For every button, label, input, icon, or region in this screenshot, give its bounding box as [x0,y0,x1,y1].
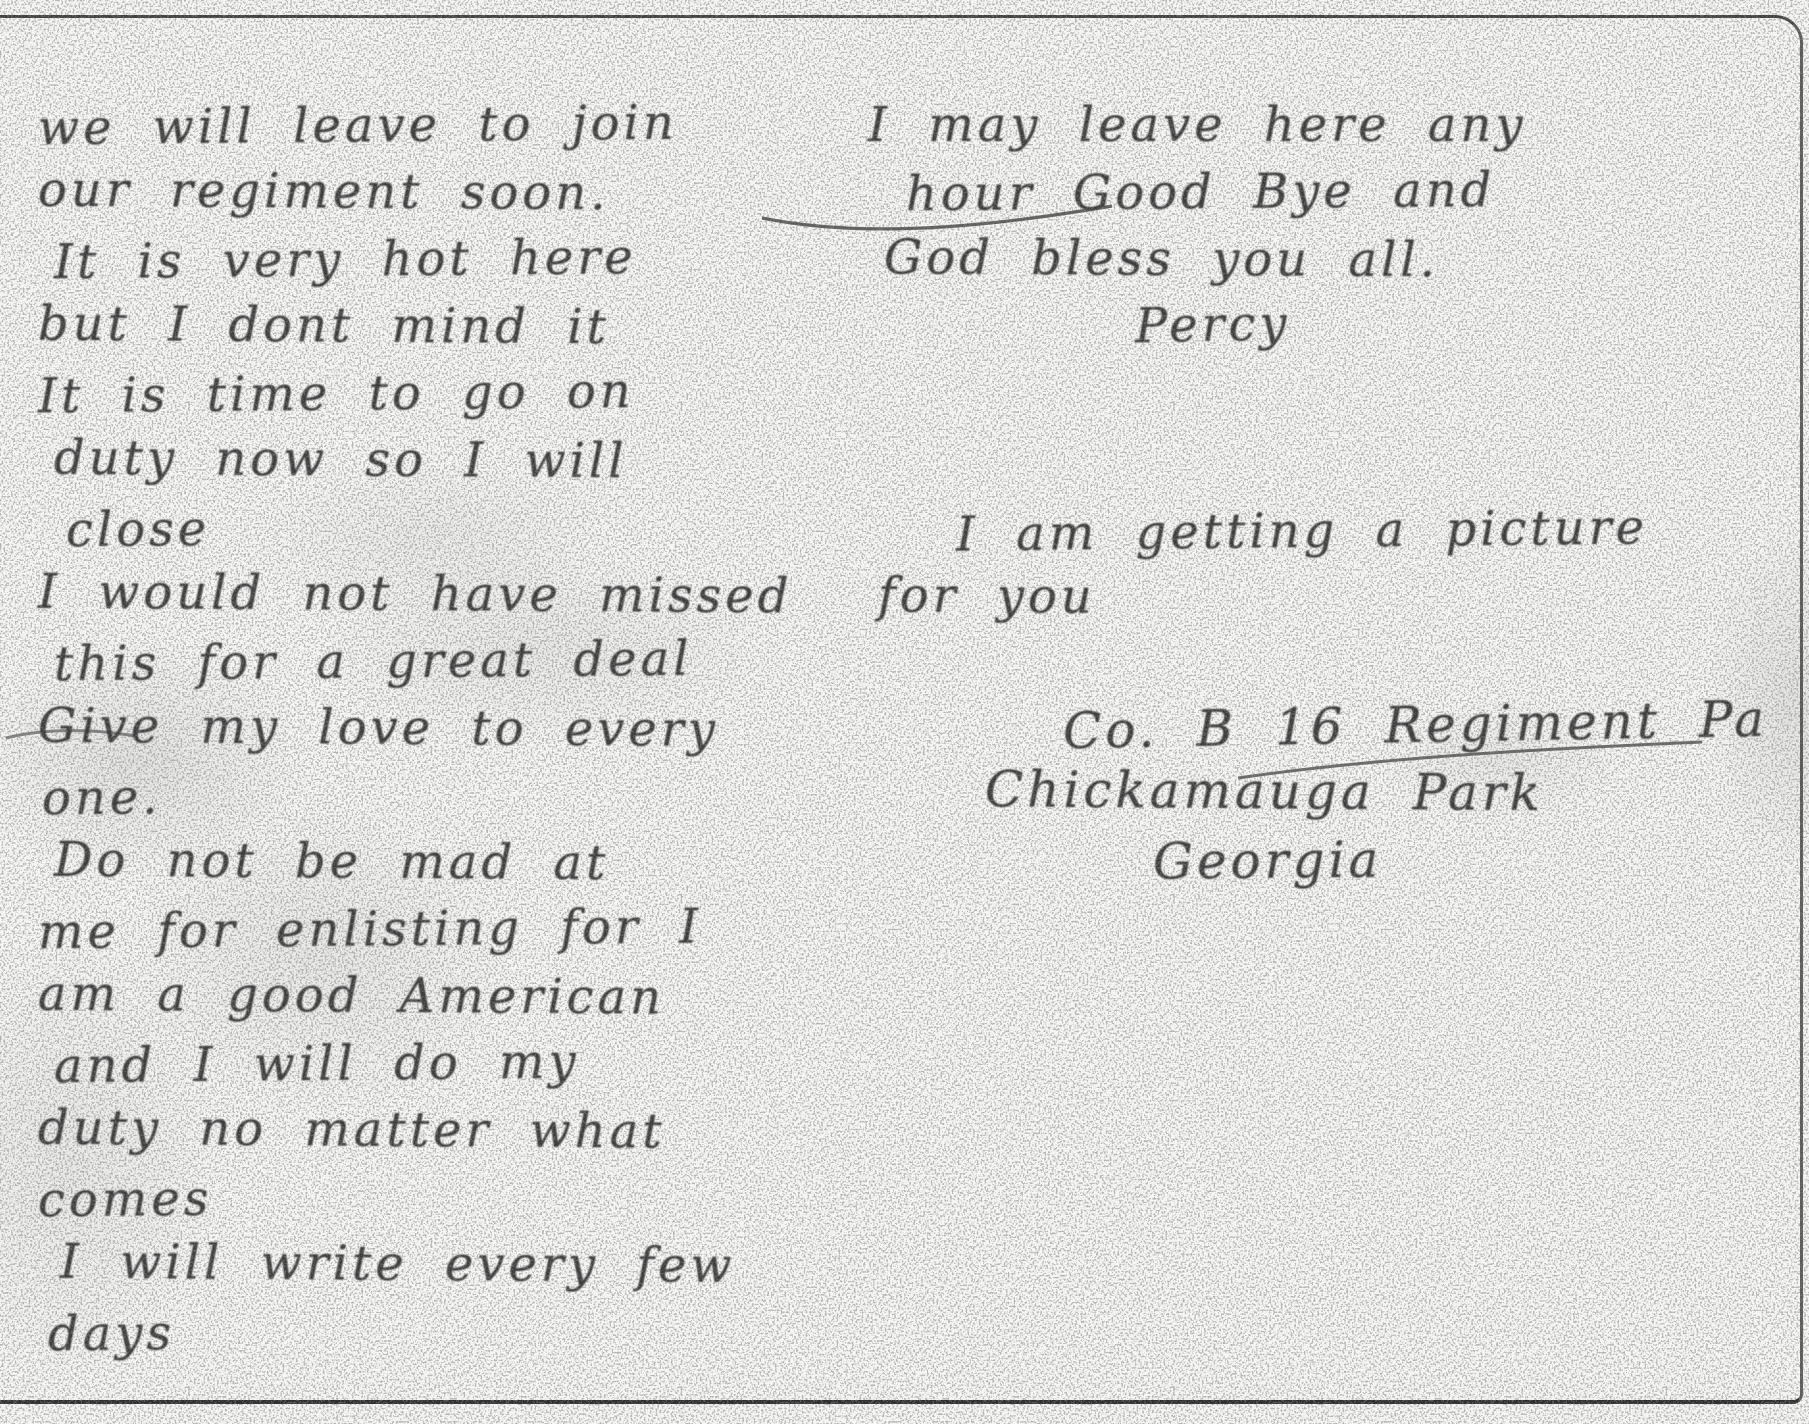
letter-line: but I dont mind it [38,291,793,363]
address-line: Georgia [1153,823,1769,895]
letter-left-column: we will leave to join our regiment soon.… [38,92,792,1365]
address-line: Chickamauga Park [985,756,1769,828]
letter-scan-page: we will leave to join our regiment soon.… [0,0,1809,1424]
letter-line: this for a great deal [54,625,793,698]
letter-line: our regiment soon. [38,157,793,229]
letter-line: Do not be mad at [54,827,793,899]
letter-line: It is very hot here [54,223,793,296]
signature: Percy [1134,291,1291,361]
letter-line: Give my love to every [38,693,793,765]
letter-line: It is time to go on [38,357,793,431]
letter-line: for you [878,562,1648,634]
letter-closing: I may leave here any hour Good Bye and G… [868,92,1526,293]
letter-line: me for enlisting for I [38,893,793,967]
letter-line: days [48,1295,793,1368]
letter-line: I may leave here any [868,92,1526,159]
letter-line: am a good American [38,961,793,1033]
letter-line: comes [38,1161,793,1235]
address-line: Co. B 16 Regiment Pa [1062,686,1768,765]
letter-line: I would not have missed [38,559,793,631]
letter-line: hour Good Bye and [906,157,1527,228]
letter-line: God bless you all. [884,224,1527,294]
letter-line: duty now so I will [54,425,793,497]
letter-line: one. [42,759,793,833]
letter-line: we will leave to join [38,89,793,163]
return-address: Co. B 16 Regiment Pa Chickamauga Park Ge… [985,692,1768,893]
letter-line: and I will do my [54,1027,793,1100]
letter-postscript: I am getting a picture for you [878,498,1648,632]
letter-line: I will write every few [60,1229,793,1300]
letter-line: duty no matter what [38,1095,793,1167]
letter-line: I am getting a picture [956,494,1649,568]
letter-line: close [66,491,793,564]
